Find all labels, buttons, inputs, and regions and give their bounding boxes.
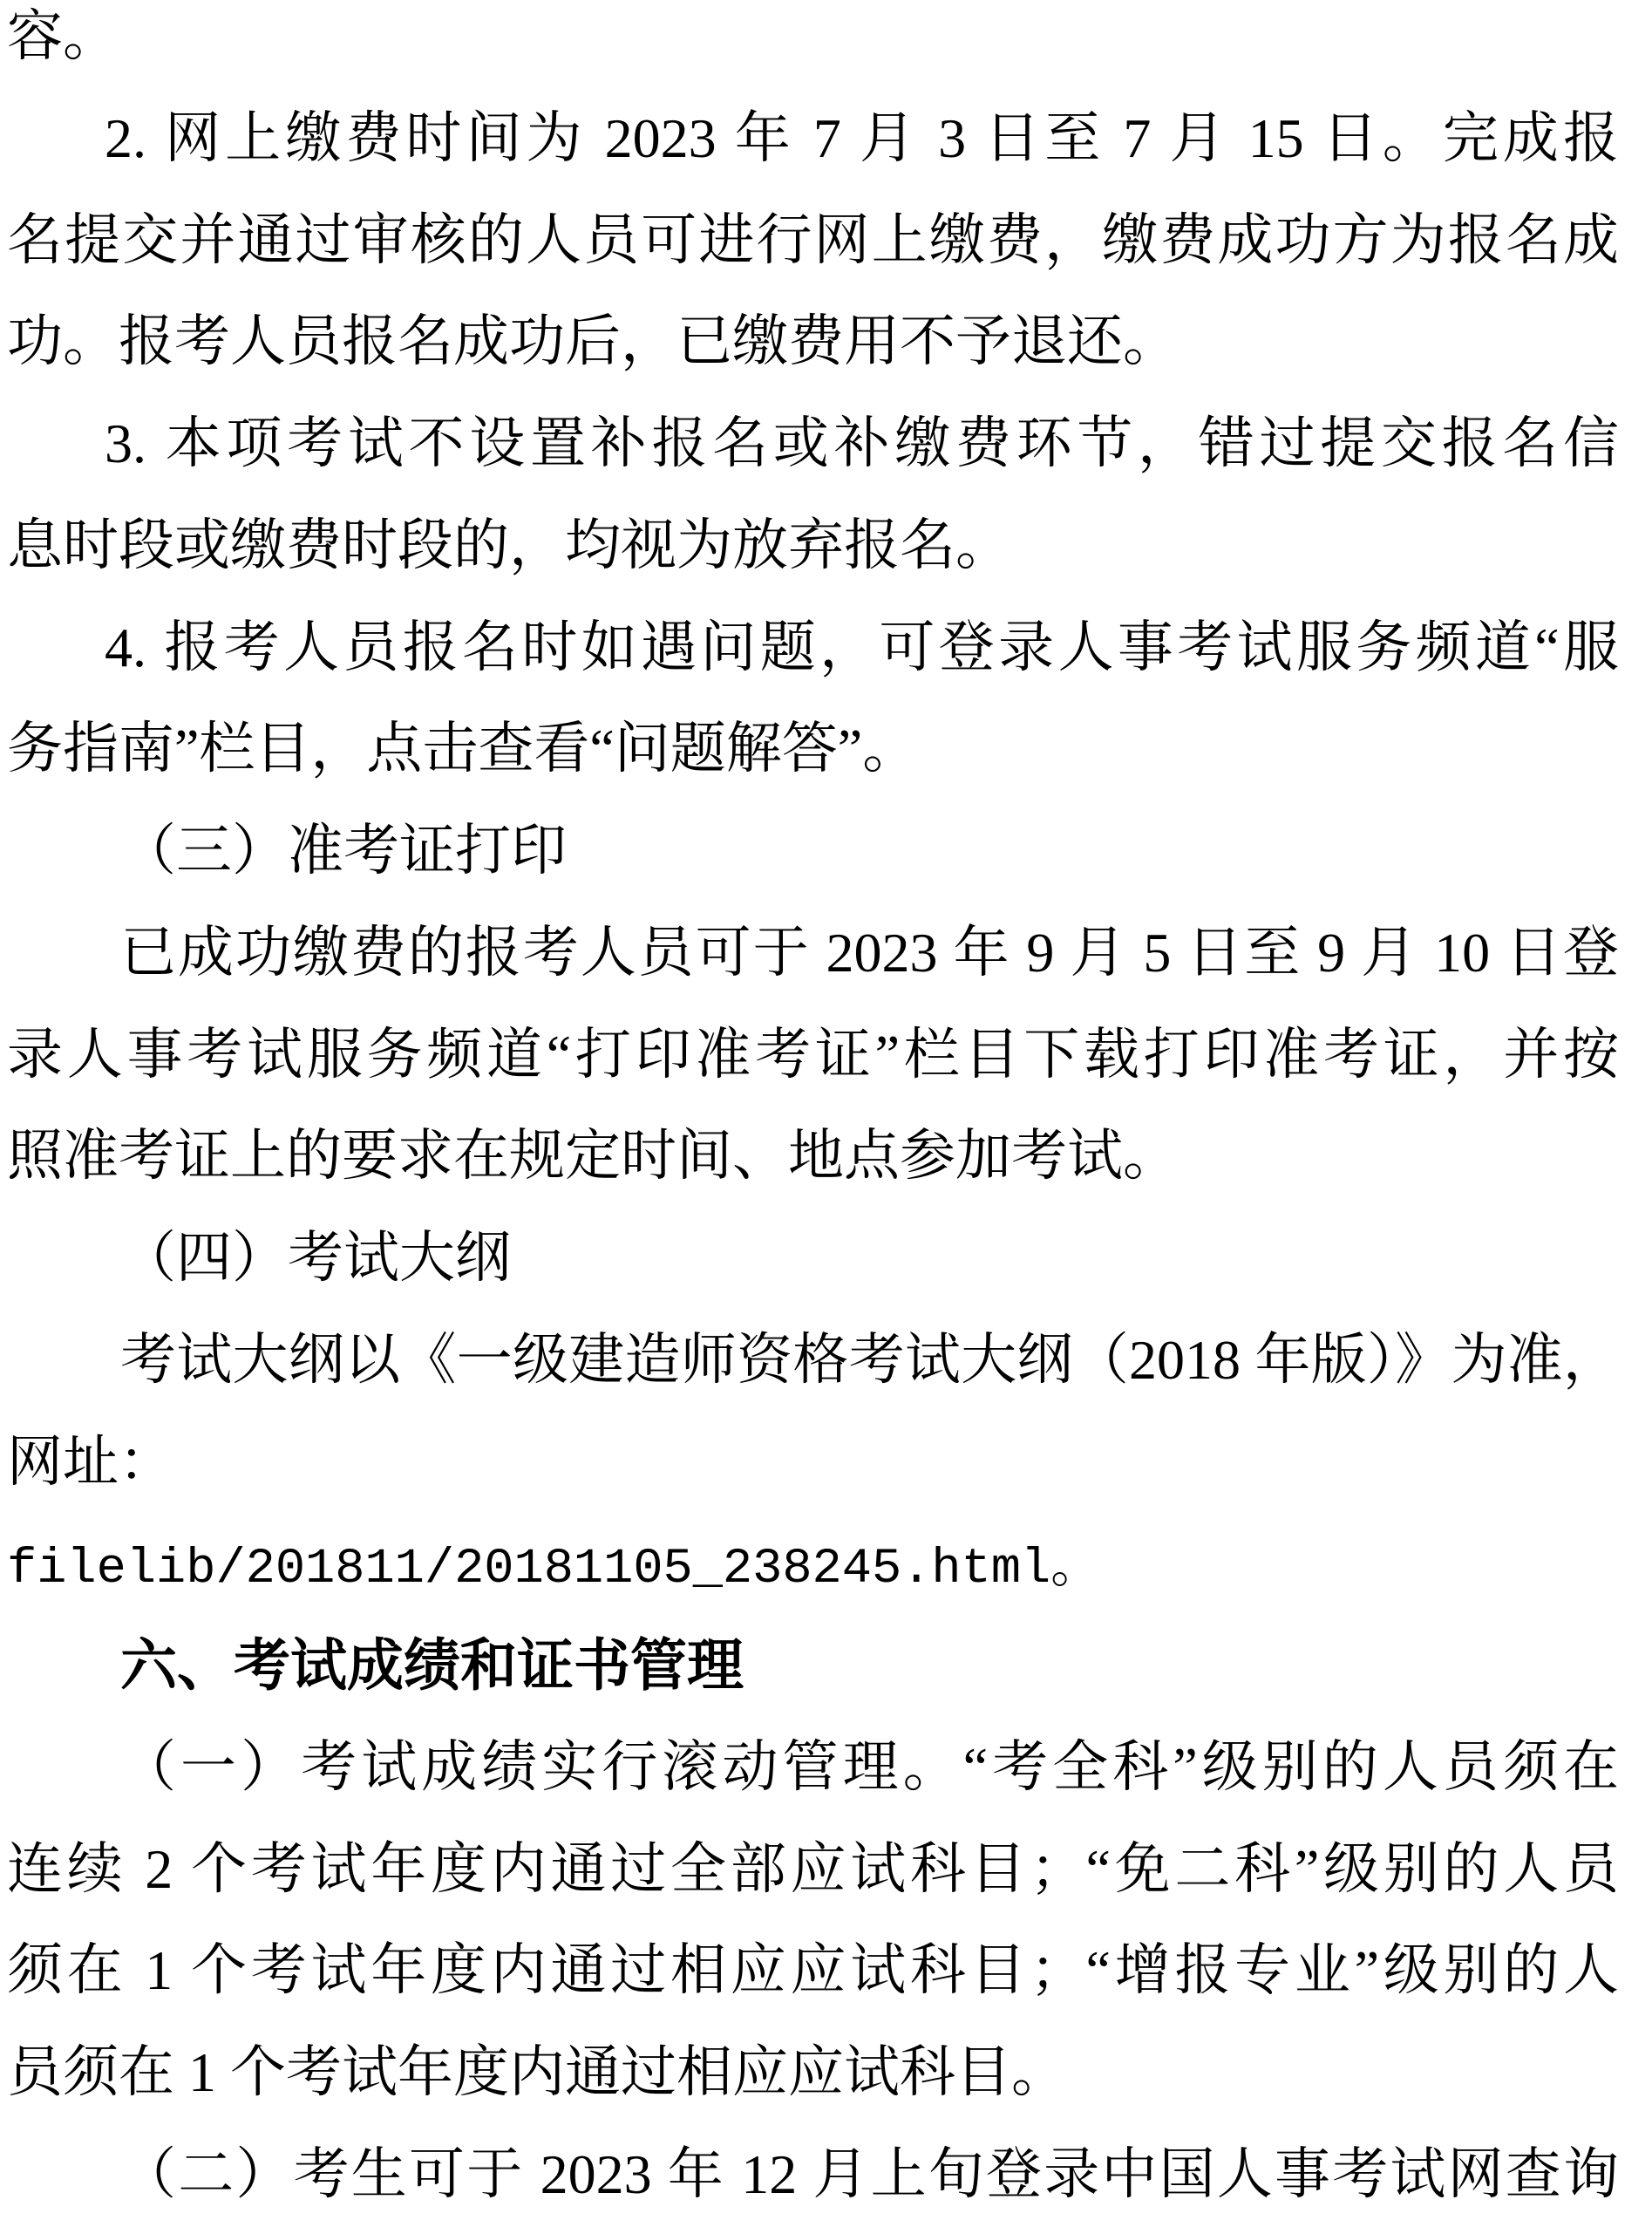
text-line: 已成功缴费的报考人员可于 2023 年 9 月 5 日至 9 月 10 日登 (7, 902, 1619, 1005)
text-line: 考试大纲以《一级建造师资格考试大纲（2018 年版）》为准， (7, 1310, 1619, 1412)
text-line: 息时段或缴费时段的，均视为放弃报名。 (7, 495, 1619, 597)
text-line: 须在 1 个考试年度内通过相应应试科目；“增报专业”级别的人 (7, 1920, 1619, 2022)
text-line: 录人事考试服务频道“打印准考证”栏目下载打印准考证，并按 (7, 1005, 1619, 1107)
url-text: filelib/201811/20181105_238245.html。 (7, 1542, 1100, 1597)
text-line-item-4: 4. 报考人员报名时如遇问题，可登录人事考试服务频道“服 (7, 597, 1619, 699)
text-line: （二）考生可于 2023 年 12 月上旬登录中国人事考试网查询 (7, 2124, 1619, 2226)
text-line: 容。 (7, 0, 1619, 88)
subsection-heading-4: （四）考试大纲 (7, 1208, 1619, 1310)
subsection-heading-3: （三）准考证打印 (7, 800, 1619, 902)
text-line: 名提交并通过审核的人员可进行网上缴费，缴费成功方为报名成 (7, 190, 1619, 292)
text-line-item-2: 2. 网上缴费时间为 2023 年 7 月 3 日至 7 月 15 日。完成报 (7, 88, 1619, 190)
text-line-url: 网址：https://www.mohurd.gov.cn/gongkai/zhe… (7, 1412, 1619, 1514)
text-line: 务指南”栏目，点击查看“问题解答”。 (7, 698, 1619, 800)
text-line: 员须在 1 个考试年度内通过相应应试科目。 (7, 2022, 1619, 2124)
text-line: 功。报考人员报名成功后，已缴费用不予退还。 (7, 291, 1619, 393)
text-line: 照准考证上的要求在规定时间、地点参加考试。 (7, 1106, 1619, 1208)
text-line-item-3: 3. 本项考试不设置补报名或补缴费环节，错过提交报名信 (7, 393, 1619, 495)
text-line: 连续 2 个考试年度内通过全部应试科目；“免二科”级别的人员 (7, 1819, 1619, 1921)
url-label: 网址： (7, 1431, 174, 1493)
text-line-url-continuation: filelib/201811/20181105_238245.html。 (7, 1513, 1619, 1615)
section-heading-6: 六、考试成绩和证书管理 (7, 1615, 1619, 1717)
document-text-block: 容。 2. 网上缴费时间为 2023 年 7 月 3 日至 7 月 15 日。完… (7, 0, 1619, 2226)
text-line: （一）考试成绩实行滚动管理。“考全科”级别的人员须在 (7, 1717, 1619, 1819)
document-page: 容。 2. 网上缴费时间为 2023 年 7 月 3 日至 7 月 15 日。完… (0, 0, 1652, 2227)
